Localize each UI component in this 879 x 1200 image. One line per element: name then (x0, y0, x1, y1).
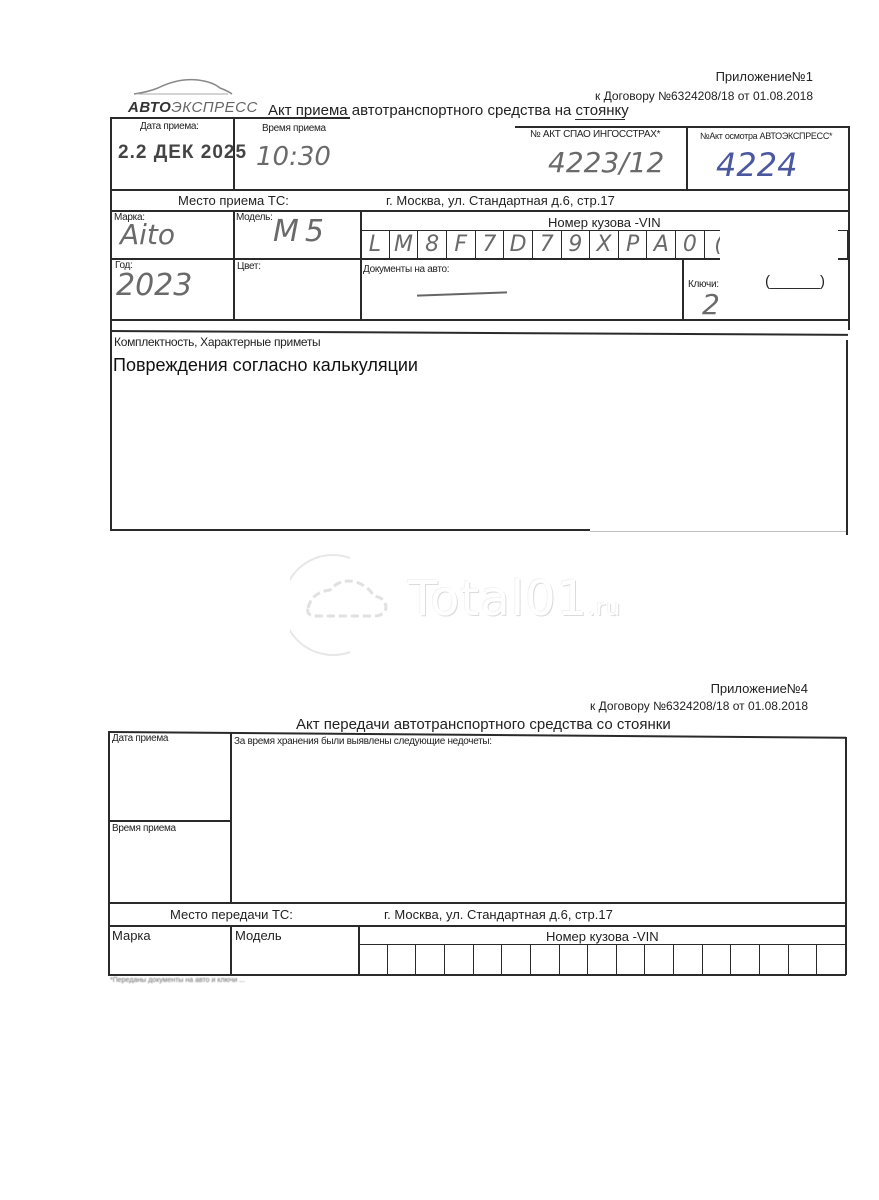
appendix-number: Приложение№4 (600, 681, 808, 696)
color-label: Цвет: (237, 261, 261, 272)
place-value: г. Москва, ул. Стандартная д.6, стр.17 (384, 907, 613, 922)
vin-cell: L (361, 231, 390, 258)
footnote: *Переданы документы на авто и ключи ... (110, 977, 410, 984)
watermark: Total01.ru (290, 545, 610, 665)
watermark-brand: Total01 (408, 571, 588, 627)
date-label: Дата приема: (140, 121, 199, 132)
vin-cell: P (619, 231, 648, 258)
time-label: Время приема (112, 823, 176, 834)
watermark-text: Total01.ru (408, 571, 621, 627)
place-value: г. Москва, ул. Стандартная д.6, стр.17 (386, 193, 615, 208)
model-value: M5 (273, 214, 330, 249)
contract-reference: к Договору №6324208/18 от 01.08.2018 (500, 89, 813, 103)
avto-act-value: 4224 (716, 146, 797, 184)
logo-text-light: ЭКСПРЕСС (171, 99, 257, 116)
vin-cell: X (590, 231, 619, 258)
model-label: Модель: (236, 212, 273, 223)
docs-value-dash (417, 291, 507, 296)
defects-label: За время хранения были выявлены следующи… (234, 736, 492, 747)
vin-cell (560, 945, 589, 974)
vin-cell (588, 945, 617, 974)
year-value: 2023 (116, 268, 192, 303)
place-label: Место передачи ТС: (170, 907, 293, 922)
vin-cell (789, 945, 818, 974)
vin-label: Номер кузова -VIN (546, 929, 659, 944)
features-value: Повреждения согласно калькуляции (113, 355, 418, 376)
vin-cell: D (504, 231, 533, 258)
vin-cell: 9 (562, 231, 591, 258)
docs-label: Документы на авто: (363, 264, 449, 275)
date-label: Дата приема (112, 733, 168, 744)
vin-cell: 7 (476, 231, 505, 258)
vin-cell (674, 945, 703, 974)
logo-text-bold: АВТО (128, 99, 171, 116)
place-label: Место приема ТС: (178, 193, 289, 208)
time-value: 10:30 (256, 142, 331, 172)
appendix-number: Приложение№1 (600, 69, 813, 84)
ingos-act-value: 4223/12 (548, 146, 664, 179)
vin-cell: M (390, 231, 419, 258)
vin-label: Номер кузова -VIN (548, 215, 661, 230)
time-label: Время приема (262, 123, 326, 134)
form-title: Акт передачи автотранспортного средства … (296, 716, 671, 733)
vin-cell (760, 945, 789, 974)
model-label: Модель (235, 928, 282, 943)
keys-blank: (______) (765, 273, 825, 290)
vin-cell (502, 945, 531, 974)
vin-cell: A (647, 231, 676, 258)
contract-reference: к Договору №6324208/18 от 01.08.2018 (500, 699, 808, 713)
redaction-mask (720, 224, 838, 268)
vin-cell (474, 945, 503, 974)
car-logo-icon (128, 76, 238, 96)
vin-cell: 7 (533, 231, 562, 258)
brand-label: Марка (112, 928, 151, 943)
vin-cell: 0 (676, 231, 705, 258)
vin-cell (645, 945, 674, 974)
vin-cell (531, 945, 560, 974)
vin-cell (416, 945, 445, 974)
brand-value: Aito (120, 218, 175, 251)
features-label: Комплектность, Характерные приметы (114, 335, 320, 349)
vin-grid (359, 945, 846, 974)
keys-value: 2 (702, 288, 720, 321)
vin-cell (817, 945, 846, 974)
vin-cell: F (447, 231, 476, 258)
vin-cell (388, 945, 417, 974)
avto-act-label: №Акт осмотра АВТОЭКСПРЕСС* (700, 131, 832, 141)
vin-cell (445, 945, 474, 974)
car-logo-icon (290, 550, 400, 660)
vin-cell (359, 945, 388, 974)
watermark-suffix: .ru (588, 596, 621, 621)
ingos-act-label: № АКТ СПАО ИНГОССТРАХ* (530, 129, 660, 140)
vin-cell (731, 945, 760, 974)
vin-cell (617, 945, 646, 974)
vin-cell: 8 (418, 231, 447, 258)
company-logo: АВТОЭКСПРЕСС (128, 76, 238, 116)
vin-cell (703, 945, 732, 974)
date-stamp: 2.2 ДЕК 2025 (118, 142, 247, 164)
